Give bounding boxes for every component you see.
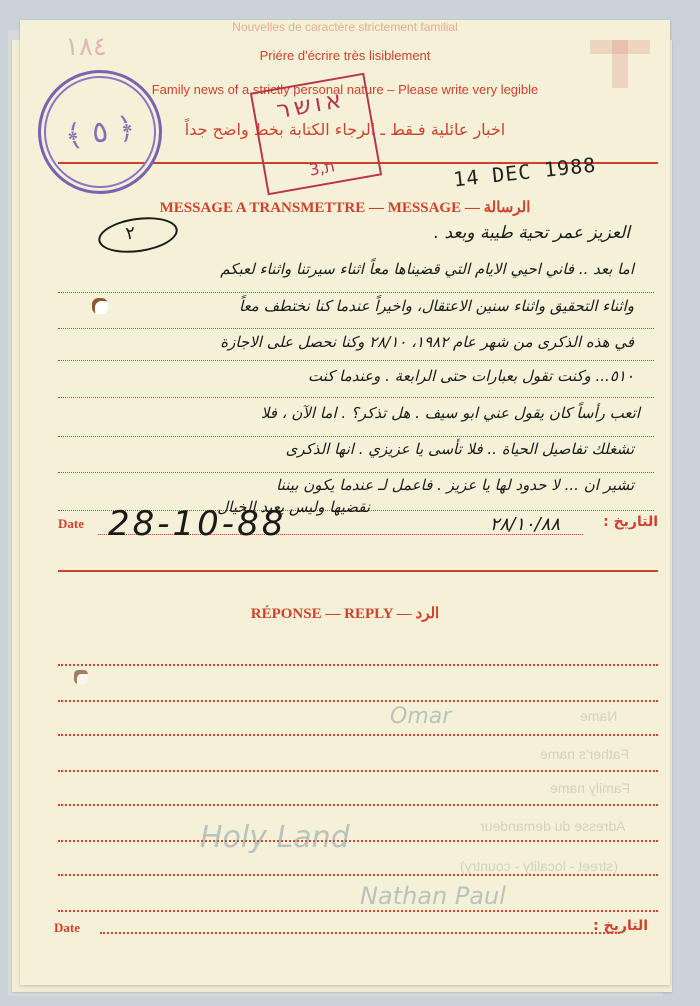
header-ghost-line: Nouvelles de caractère strictement famil… [20,20,670,34]
message-line-7: تشغلك تفاصيل الحياة .. فلا تأسى يا عزيزي… [286,440,634,458]
section-divider [58,570,658,572]
reverse-label-street: (street - locality - country) [460,858,618,874]
reverse-label-name: Name [580,708,617,724]
message-line-5: ٥١٠... وكنت تقول بعبارات حتى الرابعة . و… [308,367,634,385]
message-form: ١٨٤ Nouvelles de caractère strictement f… [20,20,670,985]
circled-mark: ٢ [96,213,180,258]
message-date-label-arabic: التاريخ : [603,514,658,530]
paper-hole [92,298,108,314]
pencil-note-nathan: Nathan Paul [360,882,506,910]
circular-postmark-stamp: ﴾ ٥ ﴿ [30,62,170,202]
message-line-1: العزيز عمر تحية طيبة وبعد . [434,223,630,243]
message-line-8: تشير ان ... لا حدود لها يا عزيز . فاعمل … [276,476,634,494]
paper-hole [74,670,88,684]
reverse-label-address: Adresse du demandeur [480,818,626,834]
reply-line-6[interactable] [58,840,658,842]
reply-line-4[interactable] [58,770,658,772]
reply-date-label-arabic: التاريخ : [593,918,648,934]
censor-stamp: אושר ת,3 [250,73,382,196]
reply-line-3[interactable] [58,734,658,736]
reply-line-2[interactable] [58,700,658,702]
postmark-icon: ﴾ ٥ ﴿ [33,65,166,198]
reply-line-8[interactable] [58,910,658,912]
reply-date-line[interactable] [100,932,620,934]
message-section-title: MESSAGE A TRANSMETTRE — MESSAGE — الرسال… [20,198,670,217]
writing-line [58,436,654,437]
writing-line [58,292,654,293]
reply-line-1[interactable] [58,664,658,666]
message-date-value: 28-10-88 [108,504,286,544]
writing-line [58,472,654,473]
instruction-french: Priére d'écrire très lisiblement [20,48,670,63]
writing-line [58,328,654,329]
message-line-2: اما بعد .. فاني احيي الايام التي قضيناها… [220,260,634,278]
message-date-arabic-value: ٢٨/١٠/٨٨ [490,514,560,535]
reverse-label-family: Family name [550,780,630,796]
reply-line-5[interactable] [58,804,658,806]
message-line-6: اتعب رأساً كان يقول عني ابو سيف . هل تذك… [261,404,640,422]
reply-line-7[interactable] [58,874,658,876]
message-date-label: Date [58,516,84,532]
reply-date-label: Date [54,920,80,936]
message-line-3: واثناء التحقيق واثناء سنين الاعتقال، واخ… [239,297,634,315]
reverse-label-father: Father's name [540,746,629,762]
pencil-note-holy-land: Holy Land [200,820,350,855]
pencil-note-omar: Omar [390,704,451,729]
writing-line [58,360,654,361]
received-date-stamp: 14 DEC 1988 [452,153,597,192]
reply-section-title: RÉPONSE — REPLY — الرد [20,604,670,623]
writing-line [58,397,654,398]
censor-stamp-code: ת,3 [265,149,379,187]
message-line-4: في هذه الذكرى من شهر عام ١٩٨٢، ٢٨/١٠ وكن… [220,333,634,351]
